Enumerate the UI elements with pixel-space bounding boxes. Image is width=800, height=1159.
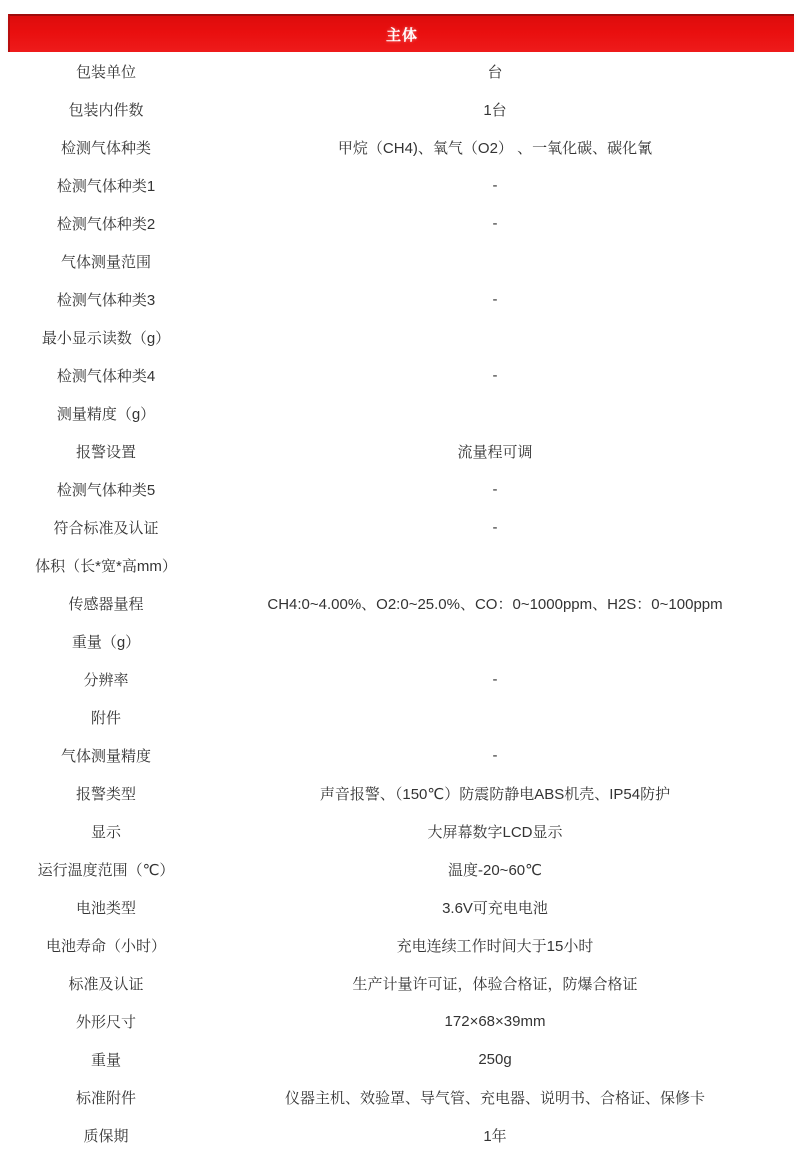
spec-label: 最小显示读数（g）: [0, 327, 212, 348]
spec-label: 附件: [0, 707, 212, 728]
spec-label: 分辨率: [0, 669, 212, 690]
spec-label: 包装单位: [0, 61, 212, 82]
spec-value: 温度-20~60℃: [212, 859, 778, 880]
spec-value: 声音报警、（150℃）防震防静电ABS机壳、IP54防护: [212, 783, 778, 804]
spec-row: 检测气体种类 甲烷（CH4)、氧气（O2） 、一氧化碳、碳化氰: [0, 128, 800, 166]
spec-value: 1台: [212, 99, 778, 120]
spec-label: 气体测量精度: [0, 745, 212, 766]
spec-label: 符合标准及认证: [0, 517, 212, 538]
spec-row: 气体测量精度 -: [0, 736, 800, 774]
spec-label: 测量精度（g）: [0, 403, 212, 424]
spec-value: -: [212, 177, 778, 194]
spec-row: 报警类型 声音报警、（150℃）防震防静电ABS机壳、IP54防护: [0, 774, 800, 812]
spec-value: 172×68×39mm: [212, 1013, 778, 1030]
spec-row: 检测气体种类4 -: [0, 356, 800, 394]
spec-label: 显示: [0, 821, 212, 842]
spec-value: -: [212, 291, 778, 308]
spec-value: -: [212, 481, 778, 498]
spec-row: 电池寿命（小时） 充电连续工作时间大于15小时: [0, 926, 800, 964]
spec-row: 测量精度（g）: [0, 394, 800, 432]
spec-value: 充电连续工作时间大于15小时: [212, 935, 778, 956]
spec-row: 显示 大屏幕数字LCD显示: [0, 812, 800, 850]
spec-row: 附件: [0, 698, 800, 736]
spec-value: CH4:0~4.00%、O2:0~25.0%、CO：0~1000ppm、H2S：…: [212, 593, 778, 614]
spec-label: 报警设置: [0, 441, 212, 462]
spec-value: 250g: [212, 1051, 778, 1068]
spec-label: 标准附件: [0, 1087, 212, 1108]
section-header-bar: 主体: [8, 14, 794, 52]
spec-row: 报警设置 流量程可调: [0, 432, 800, 470]
spec-row: 质保期 1年: [0, 1116, 800, 1154]
spec-label: 标准及认证: [0, 973, 212, 994]
spec-label: 电池类型: [0, 897, 212, 918]
spec-row: 气体测量范围: [0, 242, 800, 280]
section-title: 主体: [386, 24, 418, 45]
spec-label: 传感器量程: [0, 593, 212, 614]
spec-label: 体积（长*宽*高mm）: [0, 555, 212, 576]
spec-row: 检测气体种类1 -: [0, 166, 800, 204]
spec-value: 生产计量许可证，体验合格证，防爆合格证: [212, 973, 778, 994]
spec-row: 检测气体种类5 -: [0, 470, 800, 508]
spec-row: 检测气体种类3 -: [0, 280, 800, 318]
spec-value: -: [212, 671, 778, 688]
spec-label: 电池寿命（小时）: [0, 935, 212, 956]
spec-row: 运行温度范围（℃） 温度-20~60℃: [0, 850, 800, 888]
product-spec-section: 主体 包装单位 台 包装内件数 1台 检测气体种类 甲烷（CH4)、氧气（O2）…: [0, 0, 800, 1154]
spec-row: 重量 250g: [0, 1040, 800, 1078]
spec-value: 甲烷（CH4)、氧气（O2） 、一氧化碳、碳化氰: [212, 137, 778, 158]
spec-value: -: [212, 519, 778, 536]
spec-row: 外形尺寸 172×68×39mm: [0, 1002, 800, 1040]
spec-row: 符合标准及认证 -: [0, 508, 800, 546]
spec-row: 检测气体种类2 -: [0, 204, 800, 242]
spec-label: 检测气体种类2: [0, 213, 212, 234]
spec-value: 大屏幕数字LCD显示: [212, 821, 778, 842]
spec-row: 分辨率 -: [0, 660, 800, 698]
spec-row: 体积（长*宽*高mm）: [0, 546, 800, 584]
spec-table: 包装单位 台 包装内件数 1台 检测气体种类 甲烷（CH4)、氧气（O2） 、一…: [0, 52, 800, 1154]
spec-label: 检测气体种类5: [0, 479, 212, 500]
spec-value: -: [212, 215, 778, 232]
spec-label: 重量（g）: [0, 631, 212, 652]
spec-row: 传感器量程 CH4:0~4.00%、O2:0~25.0%、CO：0~1000pp…: [0, 584, 800, 622]
spec-label: 检测气体种类3: [0, 289, 212, 310]
spec-label: 气体测量范围: [0, 251, 212, 272]
spec-label: 外形尺寸: [0, 1011, 212, 1032]
spec-label: 重量: [0, 1049, 212, 1070]
spec-value: -: [212, 747, 778, 764]
spec-value: 流量程可调: [212, 441, 778, 462]
spec-row: 标准及认证 生产计量许可证，体验合格证，防爆合格证: [0, 964, 800, 1002]
spec-label: 检测气体种类1: [0, 175, 212, 196]
spec-row: 包装内件数 1台: [0, 90, 800, 128]
spec-row: 标准附件 仪器主机、效验罩、导气管、充电器、说明书、合格证、保修卡: [0, 1078, 800, 1116]
spec-value: 3.6V可充电电池: [212, 897, 778, 918]
spec-label: 质保期: [0, 1125, 212, 1146]
spec-row: 最小显示读数（g）: [0, 318, 800, 356]
spec-label: 报警类型: [0, 783, 212, 804]
spec-row: 重量（g）: [0, 622, 800, 660]
spec-value: -: [212, 367, 778, 384]
spec-label: 运行温度范围（℃）: [0, 859, 212, 880]
spec-value: 1年: [212, 1125, 778, 1146]
spec-row: 电池类型 3.6V可充电电池: [0, 888, 800, 926]
spec-row: 包装单位 台: [0, 52, 800, 90]
spec-value: 台: [212, 61, 778, 82]
spec-label: 检测气体种类4: [0, 365, 212, 386]
spec-label: 包装内件数: [0, 99, 212, 120]
spec-value: 仪器主机、效验罩、导气管、充电器、说明书、合格证、保修卡: [212, 1087, 778, 1108]
spec-label: 检测气体种类: [0, 137, 212, 158]
